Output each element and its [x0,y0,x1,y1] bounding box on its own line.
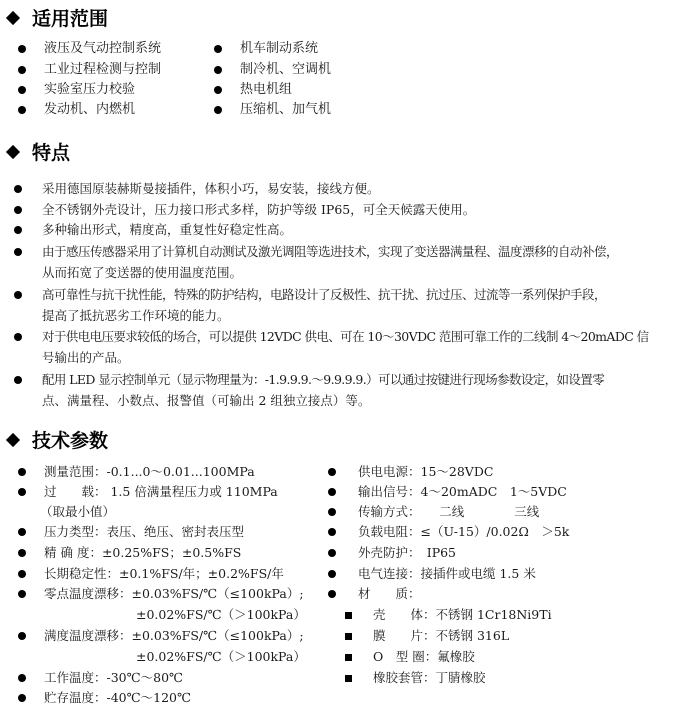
spec-item: 零点温度漂移：±0.03%FS/℃（≤100kPa）; [18,584,304,604]
bullet-icon [14,376,22,384]
list-item: 全不锈钢外壳设计，压力接口形式多样，防护等级 IP65，可全天候露天使用。 [14,200,475,220]
bullet-icon [18,86,26,94]
square-bullet-icon [345,654,352,661]
bullet-icon [18,694,26,702]
list-item: 机车制动系统 [214,39,318,59]
list-item-text: 液压及气动控制系统 [44,39,161,59]
section-title: 特点 [32,138,70,165]
list-item: 液压及气动控制系统 [18,39,161,59]
diamond-bullet-icon [6,144,20,158]
spec-item: 材 质： [328,584,421,604]
list-item-text: 由于感压传感器采用了计算机自动测试及激光调阻等选进技术，实现了变送器满量程、温度… [42,242,618,262]
spec-text: 负载电阻：≤（U-15）/0.02Ω ＞5k [358,522,569,542]
material-item: 膜 片：不锈钢 316L [345,626,509,646]
bullet-icon [214,106,222,114]
square-bullet-icon [345,675,352,682]
list-item: 由于感压传感器采用了计算机自动测试及激光调阻等选进技术，实现了变送器满量程、温度… [14,242,618,262]
list-item: 高可靠性与抗干扰性能，特殊的防护结构，电路设计了反极性、抗干扰、抗过压、过流等一… [14,285,606,305]
list-item-text: 压缩机、加气机 [240,100,331,120]
spec-item: 外壳防护： IP65 [328,543,456,563]
square-bullet-icon [345,612,352,619]
spec-item: 负载电阻：≤（U-15）/0.02Ω ＞5k [328,522,569,542]
spec-text: 压力类型：表压、绝压、密封表压型 [44,522,244,542]
list-item: 制冷机、空调机 [214,60,331,80]
list-item: 工业过程检测与控制 [18,60,161,80]
bullet-icon [18,632,26,640]
bullet-icon [328,508,336,516]
list-item-text: 多种输出形式，精度高，重复性好稳定性高。 [42,220,292,240]
list-item: 采用德国原装赫斯曼接插件，体积小巧，易安装，接线方便。 [14,179,380,199]
list-item-continuation: 提高了抵抗恶劣工作环境的能力。 [42,306,230,326]
spec-text: 测量范围：-0.1...0～0.01...100MPa [44,462,255,482]
list-item-continuation: 点、满量程、小数点、报警值（可输出 2 组独立接点）等。 [42,391,370,411]
spec-text: 输出信号：4～20mADC 1～5VDC [358,482,567,502]
list-item: 热电机组 [214,80,292,100]
list-item: 配用 LED 显示控制单元（显示物理量为：-1.9.9.9.～9.9.9.9.）… [14,370,604,390]
spec-item: 贮存温度：-40℃～120℃ [18,688,191,708]
spec-text: 传输方式： 二线 三线 [358,502,539,522]
section-title: 适用范围 [32,4,108,31]
bullet-icon [328,590,336,598]
material-item: 橡胶套管：丁腈橡胶 [345,668,486,688]
spec-text: 工作温度：-30℃～80℃ [44,668,183,688]
spec-item: 电气连接：接插件或电缆 1.5 米 [328,564,536,584]
spec-continuation: （取最小值） [40,502,115,522]
bullet-icon [18,488,26,496]
list-item-continuation: 从而拓宽了变送器的使用温度范围。 [42,263,242,283]
section-title: 技术参数 [32,426,108,453]
spec-item: 长期稳定性：±0.1%FS/年；±0.2%FS/年 [18,564,284,584]
diamond-bullet-icon [6,10,20,24]
spec-text: 满度温度漂移：±0.03%FS/℃（≤100kPa）; [44,626,304,646]
bullet-icon [328,528,336,536]
bullet-icon [328,570,336,578]
spec-text: 材 质： [358,584,421,604]
bullet-icon [18,66,26,74]
spec-text: 外壳防护： IP65 [358,543,456,563]
section-heading-applications: 适用范围 [4,4,108,31]
spec-text: 长期稳定性：±0.1%FS/年；±0.2%FS/年 [44,564,284,584]
bullet-icon [328,549,336,557]
spec-item: 压力类型：表压、绝压、密封表压型 [18,522,244,542]
section-heading-specs: 技术参数 [4,426,108,453]
bullet-icon [328,468,336,476]
spec-item: 测量范围：-0.1...0～0.01...100MPa [18,462,255,482]
bullet-icon [18,590,26,598]
material-text: 壳 体：不锈钢 1Cr18Ni9Ti [373,605,552,625]
bullet-icon [18,468,26,476]
spec-item: 精 确 度：±0.25%FS；±0.5%FS [18,543,241,563]
list-item-text: 配用 LED 显示控制单元（显示物理量为：-1.9.9.9.～9.9.9.9.）… [42,370,604,390]
bullet-icon [14,226,22,234]
diamond-bullet-icon [6,432,20,446]
list-item-text: 发动机、内燃机 [44,100,135,120]
material-item: 壳 体：不锈钢 1Cr18Ni9Ti [345,605,552,625]
list-item-text: 高可靠性与抗干扰性能，特殊的防护结构，电路设计了反极性、抗干扰、抗过压、过流等一… [42,285,606,305]
bullet-icon [18,674,26,682]
bullet-icon [18,45,26,53]
list-item-text: 对于供电电压要求较低的场合，可以提供 12VDC 供电、可在 10～30VDC … [42,327,649,347]
spec-text: 过 载： 1.5 倍满量程压力或 110MPa [44,482,278,502]
list-item-text: 制冷机、空调机 [240,60,331,80]
spec-item: 过 载： 1.5 倍满量程压力或 110MPa [18,482,278,502]
bullet-icon [14,206,22,214]
spec-continuation: ±0.02%FS/℃（＞100kPa） [136,647,306,667]
list-item-continuation: 号输出的产品。 [42,348,130,368]
list-item-text: 采用德国原装赫斯曼接插件，体积小巧，易安装，接线方便。 [42,179,380,199]
bullet-icon [18,528,26,536]
list-item: 发动机、内燃机 [18,100,135,120]
spec-text: 电气连接：接插件或电缆 1.5 米 [358,564,536,584]
spec-continuation: ±0.02%FS/℃（＞100kPa） [136,605,306,625]
bullet-icon [14,185,22,193]
material-text: O 型 圈：氟橡胶 [373,647,475,667]
list-item-text: 热电机组 [240,80,292,100]
spec-text: 精 确 度：±0.25%FS；±0.5%FS [44,543,241,563]
section-heading-features: 特点 [4,138,70,165]
material-item: O 型 圈：氟橡胶 [345,647,475,667]
bullet-icon [14,248,22,256]
list-item: 对于供电电压要求较低的场合，可以提供 12VDC 供电、可在 10～30VDC … [14,327,649,347]
list-item: 实验室压力校验 [18,80,135,100]
square-bullet-icon [345,633,352,640]
bullet-icon [18,549,26,557]
spec-item: 工作温度：-30℃～80℃ [18,668,183,688]
spec-text: 供电电源：15～28VDC [358,462,493,482]
list-item: 压缩机、加气机 [214,100,331,120]
spec-text: 贮存温度：-40℃～120℃ [44,688,191,708]
bullet-icon [18,106,26,114]
list-item-text: 机车制动系统 [240,39,318,59]
spec-item: 输出信号：4～20mADC 1～5VDC [328,482,567,502]
bullet-icon [214,86,222,94]
bullet-icon [214,45,222,53]
spec-item: 传输方式： 二线 三线 [328,502,539,522]
material-text: 橡胶套管：丁腈橡胶 [373,668,486,688]
list-item: 多种输出形式，精度高，重复性好稳定性高。 [14,220,292,240]
list-item-text: 全不锈钢外壳设计，压力接口形式多样，防护等级 IP65，可全天候露天使用。 [42,200,475,220]
bullet-icon [14,333,22,341]
bullet-icon [14,291,22,299]
list-item-text: 实验室压力校验 [44,80,135,100]
list-item-text: 工业过程检测与控制 [44,60,161,80]
material-text: 膜 片：不锈钢 316L [373,626,509,646]
spec-text: 零点温度漂移：±0.03%FS/℃（≤100kPa）; [44,584,304,604]
bullet-icon [214,66,222,74]
bullet-icon [18,570,26,578]
spec-item: 供电电源：15～28VDC [328,462,493,482]
bullet-icon [328,488,336,496]
spec-item: 满度温度漂移：±0.03%FS/℃（≤100kPa）; [18,626,304,646]
